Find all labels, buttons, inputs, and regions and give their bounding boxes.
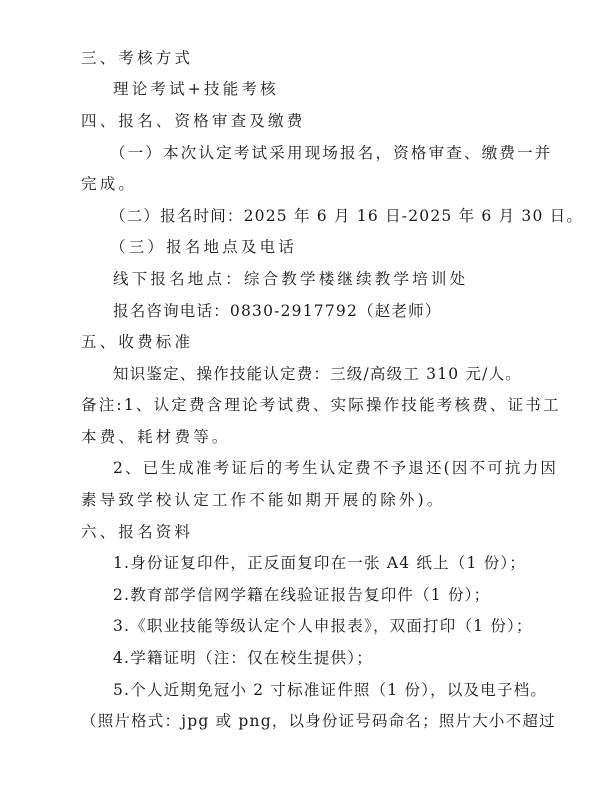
section-heading-materials: 六、报名资料 [81, 522, 193, 542]
fee-note-2: 2、已生成准考证后的考生认定费不予退还(因不可抗力因 [113, 458, 558, 478]
registration-item-1: （一）本次认定考试采用现场报名，资格审查、缴费一并 [110, 143, 553, 163]
fee-note-1: 备注:1、认定费含理论考试费、实际操作技能考核费、证书工 [81, 395, 561, 415]
photo-format-note: （照片格式：jpg 或 png，以身份证号码命名；照片大小不超过 [81, 711, 556, 731]
registration-location: 线下报名地点：综合教学楼继续教学培训处 [113, 269, 468, 289]
fee-standard: 知识鉴定、操作技能认定费：三级/高级工 310 元/人。 [113, 364, 522, 384]
material-item-5: 5.个人近期免冠小 2 寸标准证件照（1 份），以及电子档。 [113, 680, 547, 700]
registration-phone: 报名咨询电话：0830-2917792（赵老师） [113, 301, 442, 321]
registration-location-heading: （三）报名地点及电话 [110, 237, 297, 257]
section-heading-fees: 五、收费标准 [81, 332, 193, 352]
section-heading-registration: 四、报名、资格审查及缴费 [81, 111, 305, 131]
registration-item-1-cont: 完成。 [81, 174, 137, 194]
section-heading-exam-method: 三、考核方式 [81, 48, 193, 68]
fee-note-2-cont: 素导致学校认定工作不能如期开展的除外)。 [81, 490, 446, 510]
material-item-4: 4.学籍证明（注：仅在校生提供）； [113, 648, 373, 668]
material-item-3: 3.《职业技能等级认定个人申报表》，双面打印（1 份）； [113, 616, 533, 636]
exam-method-text: 理论考试+技能考核 [113, 79, 279, 99]
material-item-1: 1.身份证复印件，正反面复印在一张 A4 纸上（1 份）； [113, 553, 526, 573]
material-item-2: 2.教育部学信网学籍在线验证报告复印件（1 份）； [113, 585, 490, 605]
document-page: 三、考核方式 理论考试+技能考核 四、报名、资格审查及缴费 （一）本次认定考试采… [0, 0, 590, 791]
fee-note-1-cont: 本费、耗材费等。 [81, 427, 231, 447]
registration-time: （二）报名时间：2025 年 6 月 16 日-2025 年 6 月 30 日。 [110, 206, 583, 226]
